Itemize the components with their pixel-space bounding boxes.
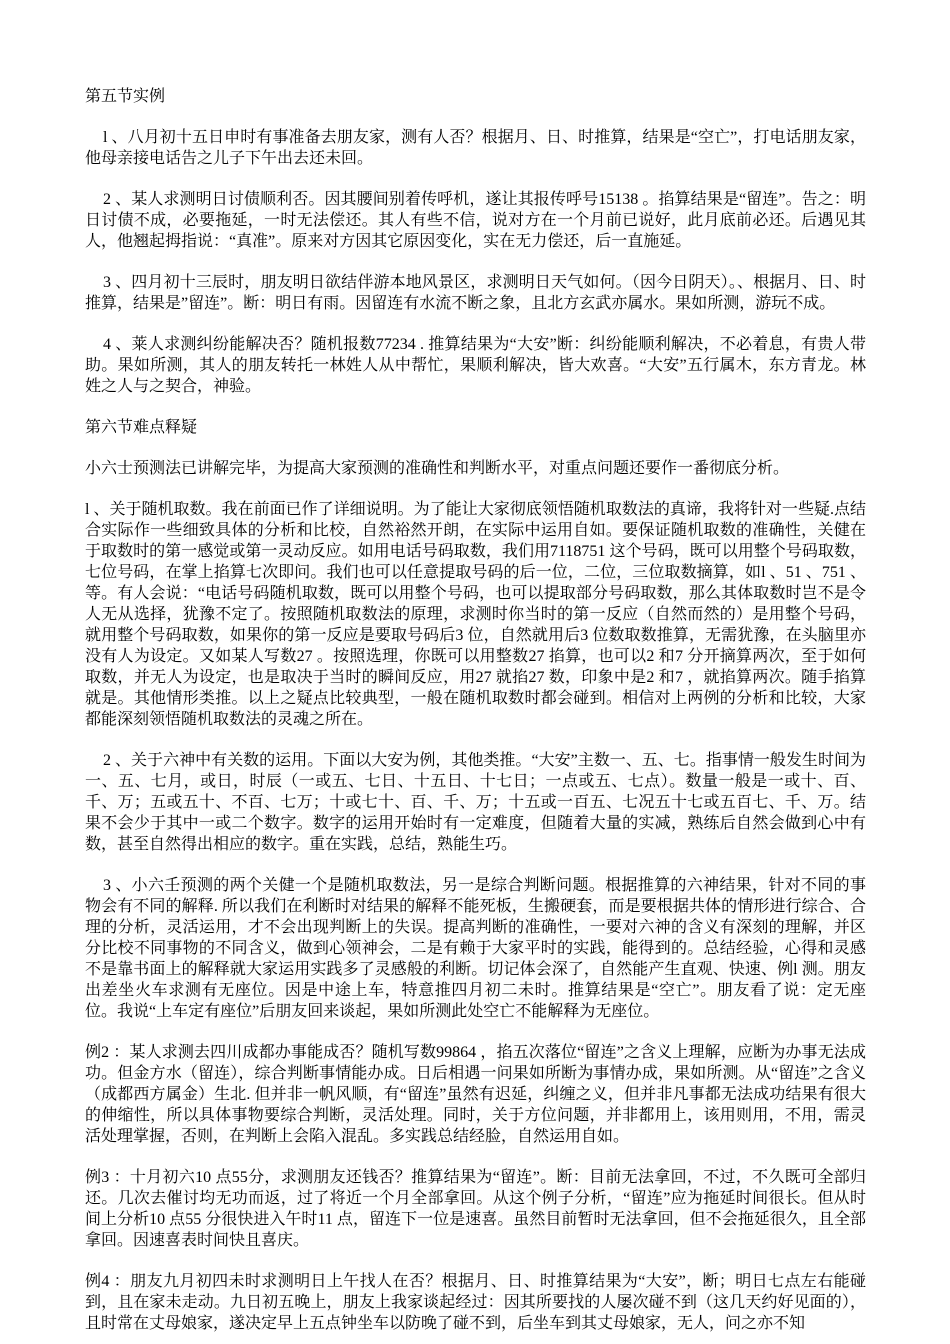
- section-5-example-3: 3 、四月初十三辰时，朋友明日欲结伴游本地风景区，求测明日天气如何。（因今日阴天…: [85, 272, 866, 314]
- section-6-point-1: l 、关于随机取数。我在前面已作了详细说明。为了能让大家彻底领悟随机取数法的真谛…: [85, 499, 866, 730]
- section-5-example-4: 4 、莱人求测纠纷能解决否？随机报数77234 . 推算结果为“大安”断：纠纷能…: [85, 334, 866, 397]
- section-6-point-2: 2 、关于六神中有关数的运用。下面以大安为例，其他类推。“大安”主数一、五、七。…: [85, 750, 866, 855]
- section-6-example-4: 例4 ：朋友九月初四未时求测明日上午找人在否？根据月、日、时推算结果为“大安”，…: [85, 1271, 866, 1334]
- section-5-heading: 第五节实例: [85, 86, 866, 107]
- section-6-intro: 小六士预测法已讲解完毕，为提高大家预测的准确性和判断水平，对重点问题还要作一番彻…: [85, 458, 866, 479]
- document-page: 第五节实例 l 、八月初十五日申时有事准备去朋友家，测有人否？根据月、日、时推算…: [0, 0, 950, 1344]
- section-6-example-3: 例3 ：十月初六10 点55分，求测朋友还钱否？推算结果为“留连”。断：目前无法…: [85, 1167, 866, 1251]
- section-6-example-2: 例2 ：某人求测去四川成都办事能成否？随机写数99864 ，掐五次落位“留连”之…: [85, 1042, 866, 1147]
- section-6-heading: 第六节难点释疑: [85, 417, 866, 438]
- section-6-point-3: 3 、小六壬预测的两个关健一个是随机取数法，另一是综合判断问题。根据推算的六神结…: [85, 875, 866, 1022]
- section-5-example-2: 2 、某人求测明日讨债顺利否。因其腰间别着传呼机，遂让其报传呼号15138 。掐…: [85, 189, 866, 252]
- section-5-example-1: l 、八月初十五日申时有事准备去朋友家，测有人否？根据月、日、时推算，结果是“空…: [85, 127, 866, 169]
